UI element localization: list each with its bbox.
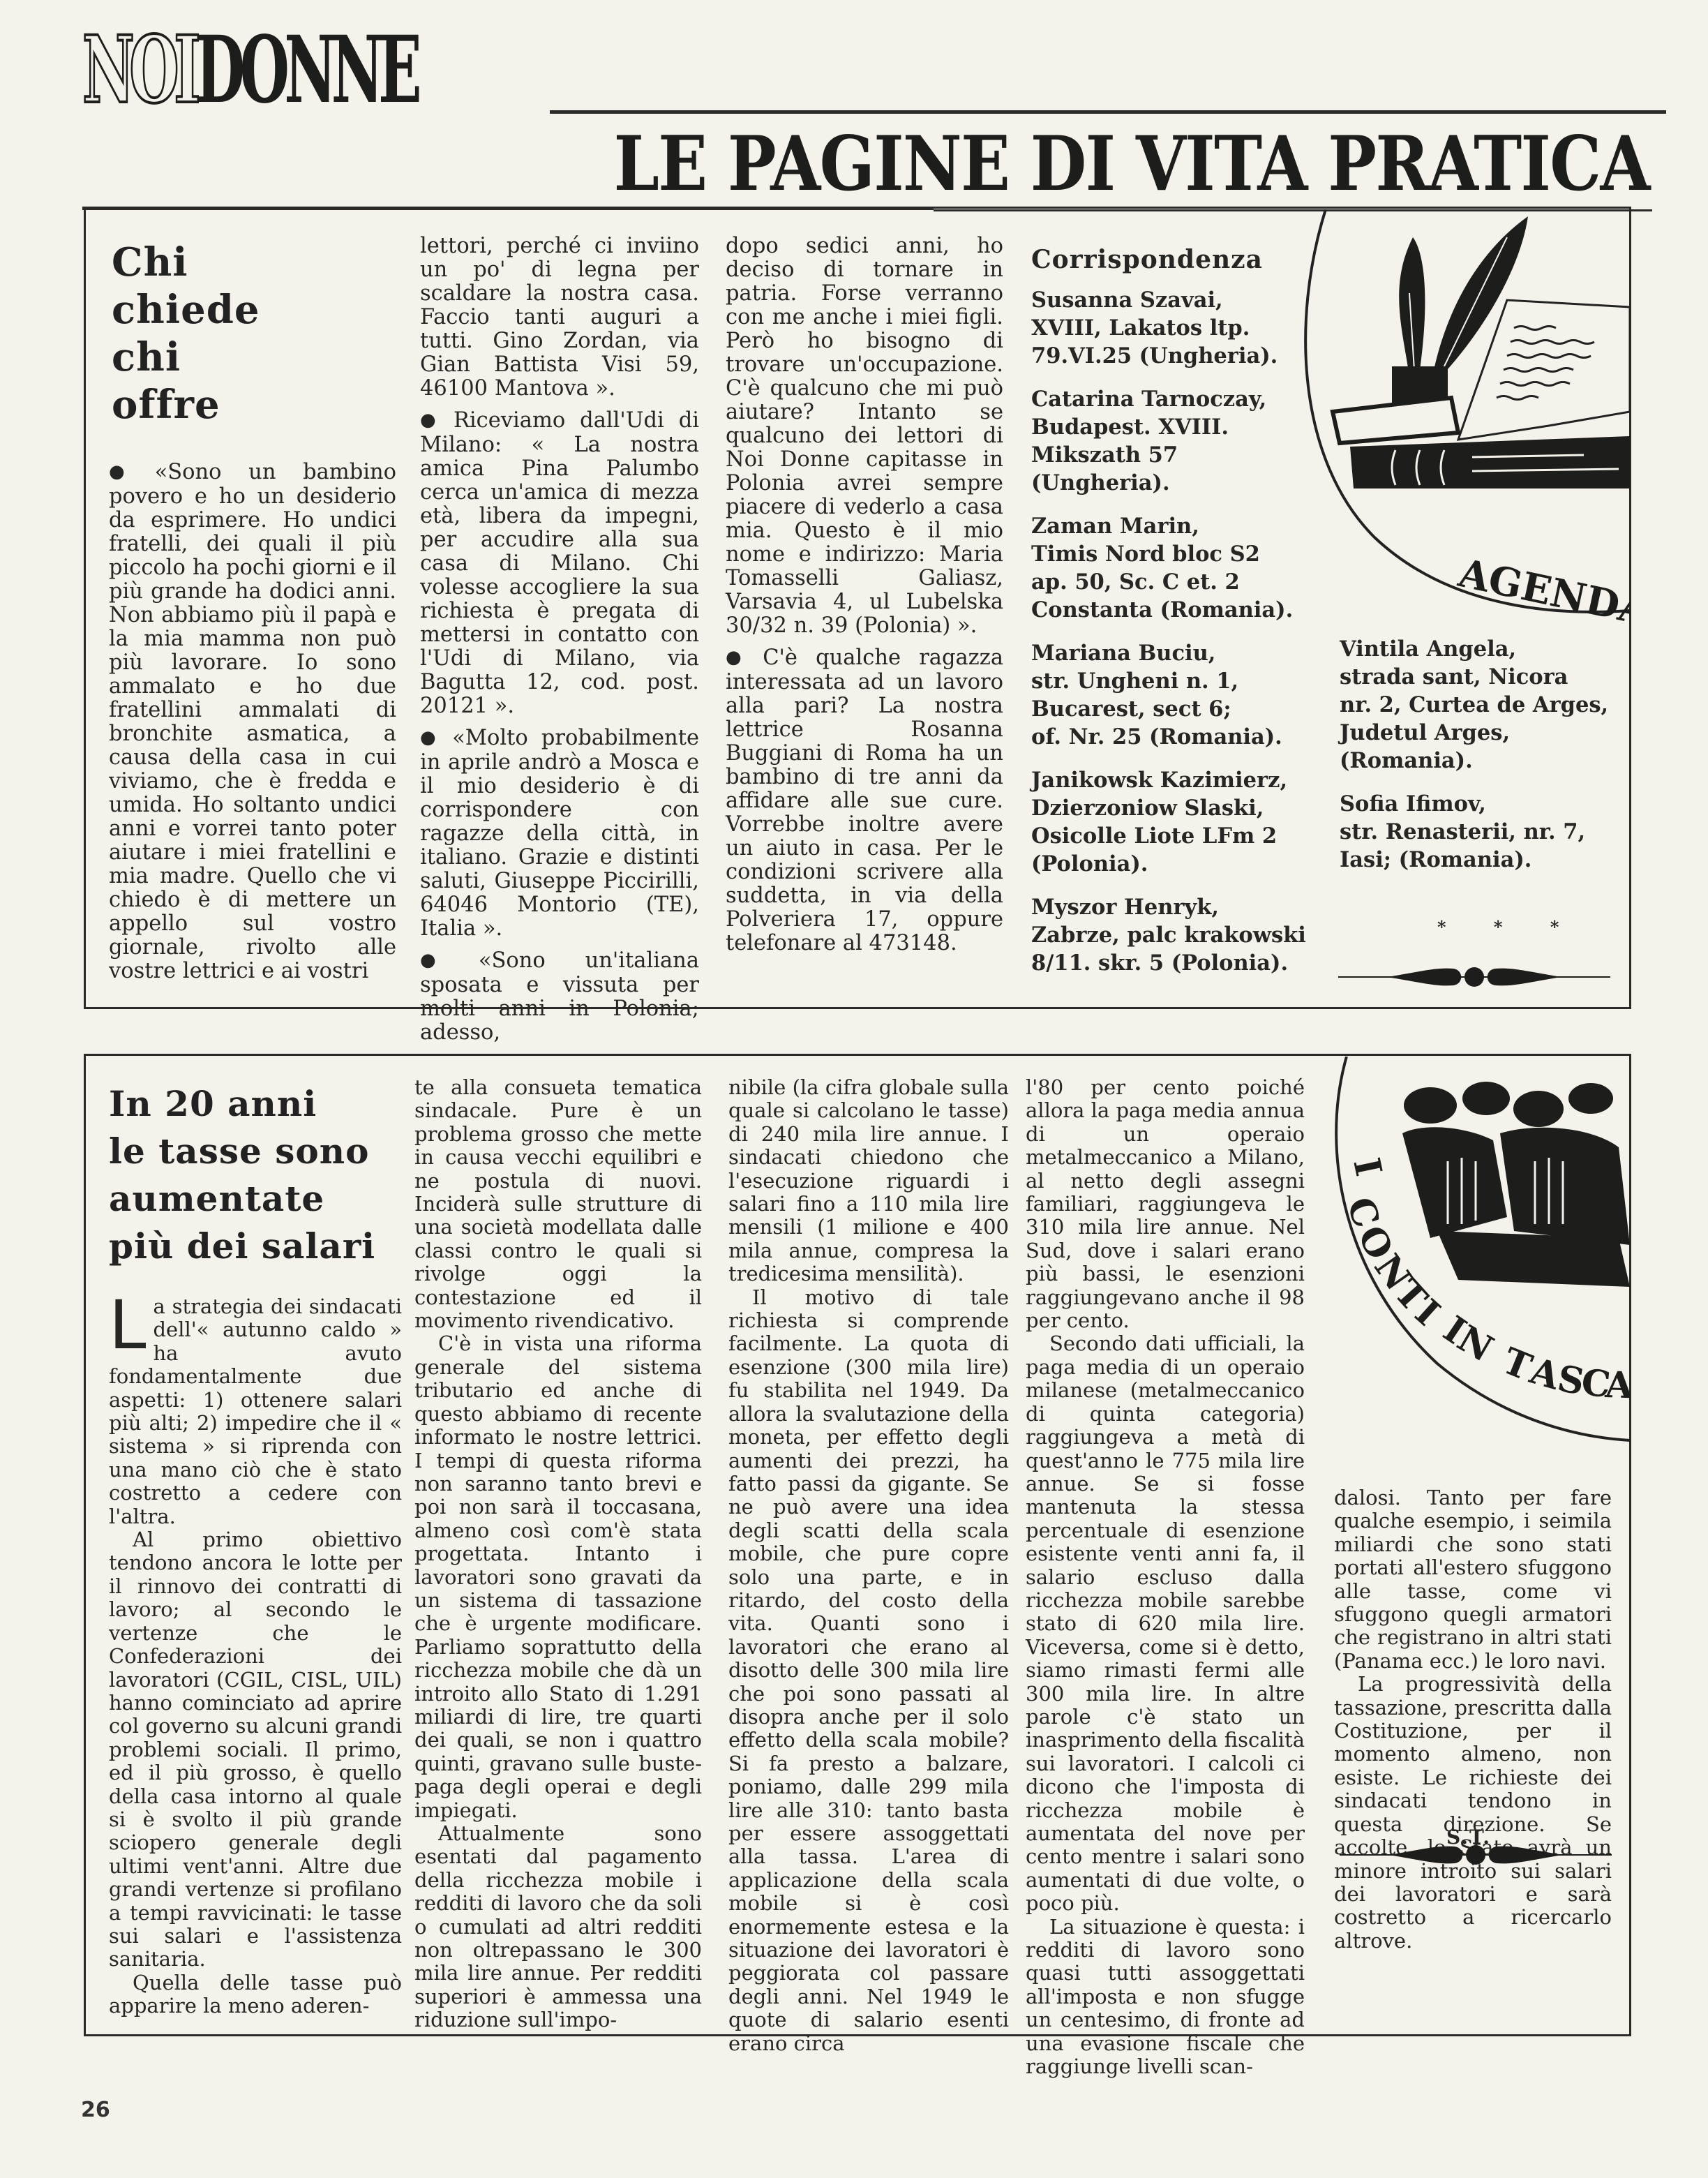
correspondence-entry: Catarina Tarnoczay,Budapest. XVIII.Miksz…	[1031, 385, 1324, 497]
article-paragraph: nibile (la cifra globale sulla quale si …	[728, 1076, 1009, 1286]
conti-in-tasca-illustration: I C O N T I I N T A S C A I CONTI IN TAS…	[1326, 1057, 1630, 1447]
logo-noi: NOI	[82, 29, 195, 112]
agenda-column-3: dopo sedici anni, ho deciso di tornare i…	[726, 234, 1003, 964]
separator-stars: * * *	[1437, 917, 1580, 937]
ornament-divider-icon	[1338, 963, 1610, 991]
agenda-column-2: lettori, perché ci inviino un po' di leg…	[420, 234, 699, 1053]
magazine-logo: NOIDONNE	[82, 28, 417, 112]
page-number: 26	[81, 2098, 110, 2122]
article-paragraph: dalosi. Tanto per fare qualche esempio, …	[1334, 1486, 1612, 1673]
correspondence-column-2: Vintila Angela,strada sant, Nicoranr. 2,…	[1340, 635, 1619, 889]
article-paragraph: l'80 per cento poiché allora la paga med…	[1026, 1076, 1305, 1332]
correspondence-entry: Myszor Henryk,Zabrze, palc krakowski8/11…	[1031, 893, 1324, 977]
letter-paragraph: «Molto probabilmente in aprile andrò a M…	[420, 726, 699, 941]
masthead: NOIDONNE LE PAGINE DI VITA PRATICA	[82, 28, 1645, 230]
article-paragraph: La situazione è questa: i redditi di lav…	[1026, 1916, 1305, 2079]
correspondence-entry: Zaman Marin,Timis Nord bloc S2ap. 50, Sc…	[1031, 512, 1324, 624]
agenda-column-1: Chi chiede chi offre «Sono un bambino po…	[109, 218, 396, 992]
article-paragraph: te alla consueta tematica sindacale. Pur…	[414, 1076, 702, 1332]
letter-paragraph: lettori, perché ci inviino un po' di leg…	[420, 234, 699, 401]
article-column-1: In 20 anni le tasse sono aumentate più d…	[109, 1062, 402, 2018]
article-paragraph: C'è in vista una riforma generale del si…	[414, 1332, 702, 1822]
article-paragraph: La strategia dei sindacati dell'« autunn…	[109, 1295, 402, 1528]
letter-paragraph: «Sono un'italiana sposata e vissuta per …	[420, 949, 699, 1045]
section-title: LE PAGINE DI VITA PRATICA	[614, 126, 1649, 202]
drop-cap: L	[109, 1298, 146, 1352]
correspondence-entry: Mariana Buciu,str. Ungheni n. 1,Bucarest…	[1031, 639, 1324, 751]
svg-text:A: A	[1604, 1364, 1630, 1407]
agenda-headline: Chi chiede chi offre	[112, 239, 396, 428]
ornament-divider-icon	[1340, 1841, 1612, 1869]
article-paragraph: Quella delle tasse può apparire la meno …	[109, 1971, 402, 2018]
article-paragraph: Attualmente sono esentati dal pagamento …	[414, 1822, 702, 2032]
article-paragraph: Al primo obiettivo tendono ancora le lot…	[109, 1528, 402, 1971]
article-column-4: l'80 per cento poiché allora la paga med…	[1026, 1076, 1305, 2078]
agenda-illustration: AGENDA	[1298, 209, 1630, 621]
article-paragraph: La progressività della tassazione, presc…	[1334, 1673, 1612, 1953]
masthead-rule	[550, 110, 1666, 114]
correspondence-entry: Susanna Szavai,XVIII, Lakatos ltp.79.VI.…	[1031, 286, 1324, 370]
svg-text:I: I	[1344, 1154, 1390, 1179]
article-headline: In 20 anni le tasse sono aumentate più d…	[109, 1080, 402, 1270]
quill-inkwell-books-icon: AGENDA	[1298, 209, 1630, 621]
correspondence-entry: Sofia Ifimov,str. Renasterii, nr. 7,Iasi…	[1340, 790, 1619, 874]
correspondence-entry: Janikowsk Kazimierz,Dzierzoniow Slaski,O…	[1031, 766, 1324, 878]
correspondence-column: Corrispondenza Susanna Szavai,XVIII, Lak…	[1031, 218, 1324, 992]
article-column-5: dalosi. Tanto per fare qualche esempio, …	[1334, 1486, 1612, 1953]
article-paragraph: Il motivo di tale richiesta si comprende…	[728, 1286, 1009, 2055]
article-paragraph: Secondo dati ufficiali, la paga media di…	[1026, 1332, 1305, 1915]
correspondence-title: Corrispondenza	[1031, 244, 1324, 275]
letter-paragraph: Riceviamo dall'Udi di Milano: « La nostr…	[420, 409, 699, 718]
letter-paragraph: C'è qualche ragazza interessata ad un la…	[726, 646, 1003, 955]
correspondence-entry: Vintila Angela,strada sant, Nicoranr. 2,…	[1340, 635, 1619, 775]
letter-paragraph: dopo sedici anni, ho deciso di tornare i…	[726, 234, 1003, 638]
letter-paragraph: «Sono un bambino povero e ho un desideri…	[109, 461, 396, 983]
svg-text:AGENDA: AGENDA	[1454, 550, 1630, 621]
article-column-3: nibile (la cifra globale sulla quale si …	[728, 1076, 1009, 2055]
caricature-crowd-icon: I C O N T I I N T A S C A	[1326, 1057, 1630, 1447]
logo-donne: DONNE	[195, 29, 417, 112]
article-column-2: te alla consueta tematica sindacale. Pur…	[414, 1076, 702, 2032]
